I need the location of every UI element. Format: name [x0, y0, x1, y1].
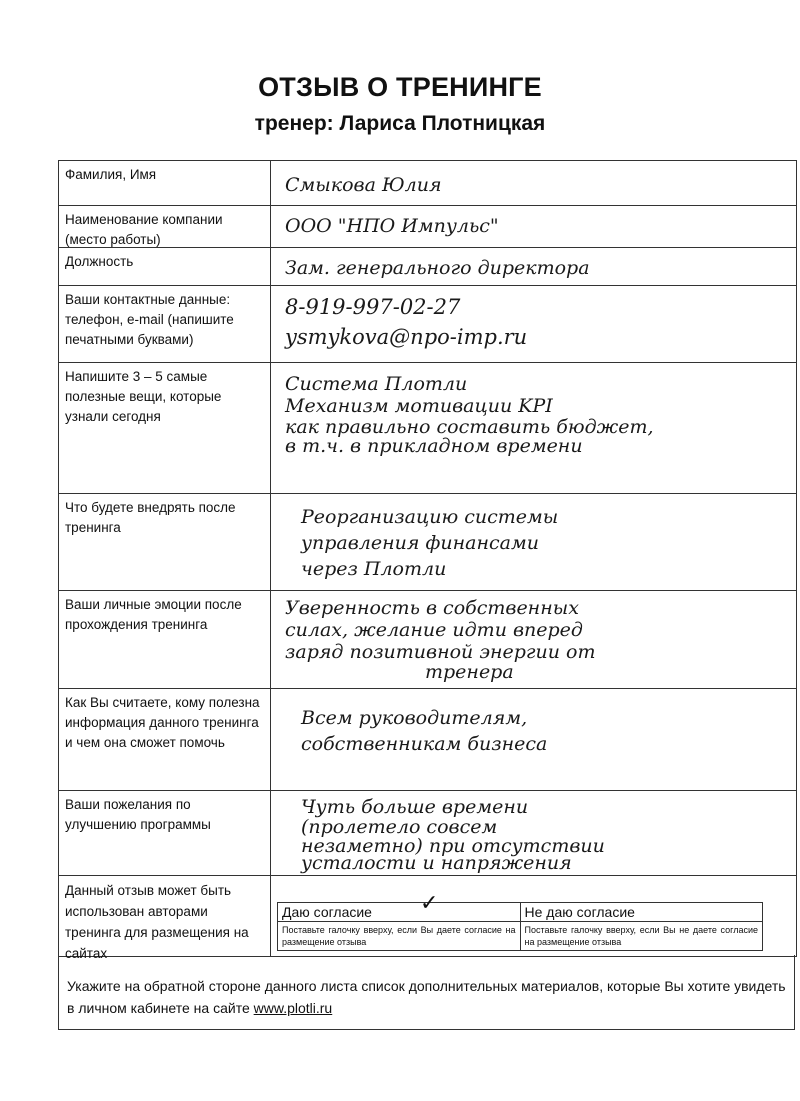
- label-company: Наименование компании (место работы): [59, 206, 271, 247]
- row-implement: Что будете внедрять после тренинга Реорг…: [59, 494, 796, 591]
- footer-note: Укажите на обратной стороне данного лист…: [58, 955, 795, 1030]
- answer-suggestions[interactable]: Чуть больше времени (пролетело совсем не…: [271, 791, 796, 875]
- consent-disagree-cell[interactable]: Не даю согласие Поставьте галочку вверху…: [520, 903, 763, 950]
- answer-position[interactable]: Зам. генерального директора: [271, 248, 796, 285]
- handwritten-line: усталости и напряжения: [301, 855, 782, 871]
- consent-table: Даю согласие ✓ Поставьте галочку вверху,…: [277, 902, 763, 951]
- handwritten-line: Реорганизацию системы: [301, 504, 782, 530]
- label-emotions: Ваши личные эмоции после прохождения тре…: [59, 591, 271, 688]
- handwritten-line: Уверенность в собственных: [285, 597, 782, 619]
- label-who-benefits: Как Вы считаете, кому полезна информация…: [59, 689, 271, 790]
- consent-disagree-title: Не даю согласие: [525, 904, 635, 920]
- handwritten-line: через Плотли: [301, 556, 782, 582]
- consent-agree-note: Поставьте галочку вверху, если Вы даете …: [278, 922, 520, 950]
- handwritten-email: ysmykova@npo-imp.ru: [285, 322, 782, 352]
- answer-useful-things[interactable]: Система Плотли Механизм мотивации KPI ка…: [271, 363, 796, 493]
- row-position: Должность Зам. генерального директора: [59, 248, 796, 286]
- label-position: Должность: [59, 248, 271, 285]
- checkmark-icon: ✓: [420, 893, 438, 915]
- row-company: Наименование компании (место работы) ООО…: [59, 206, 796, 248]
- handwritten-line: Механизм мотивации KPI: [285, 395, 782, 417]
- row-suggestions: Ваши пожелания по улучшению программы Чу…: [59, 791, 796, 876]
- footer-text: Укажите на обратной стороне данного лист…: [67, 978, 786, 1016]
- answer-who-benefits[interactable]: Всем руководителям, собственникам бизнес…: [271, 689, 796, 790]
- answer-implement[interactable]: Реорганизацию системы управления финанса…: [271, 494, 796, 590]
- consent-agree-title: Даю согласие: [282, 904, 372, 920]
- label-useful-things: Напишите 3 – 5 самые полезные вещи, кото…: [59, 363, 271, 493]
- handwritten-line: Всем руководителям,: [301, 705, 782, 731]
- row-useful-things: Напишите 3 – 5 самые полезные вещи, кото…: [59, 363, 796, 494]
- answer-name[interactable]: Смыкова Юлия: [271, 161, 796, 205]
- answer-contacts[interactable]: 8-919-997-02-27 ysmykova@npo-imp.ru: [271, 286, 796, 362]
- consent-agree-cell[interactable]: Даю согласие ✓ Поставьте галочку вверху,…: [278, 903, 520, 950]
- handwritten-line: заряд позитивной энергии от: [285, 641, 782, 663]
- handwritten-line: силах, желание идти вперед: [285, 619, 782, 641]
- label-consent: Данный отзыв может быть использован авто…: [59, 876, 271, 956]
- handwritten-line: Система Плотли: [285, 373, 782, 395]
- feedback-form-table: Фамилия, Имя Смыкова Юлия Наименование к…: [58, 160, 797, 957]
- handwritten-phone: 8-919-997-02-27: [285, 292, 782, 322]
- form-title: ОТЗЫВ О ТРЕНИНГЕ: [0, 72, 800, 103]
- label-suggestions: Ваши пожелания по улучшению программы: [59, 791, 271, 875]
- handwritten-line: тренера: [285, 663, 782, 681]
- handwritten-line: Смыкова Юлия: [285, 173, 782, 197]
- label-implement: Что будете внедрять после тренинга: [59, 494, 271, 590]
- website-link[interactable]: www.plotli.ru: [254, 1000, 333, 1016]
- handwritten-line: собственникам бизнеса: [301, 731, 782, 757]
- handwritten-line: Зам. генерального директора: [285, 256, 782, 280]
- consent-disagree-note: Поставьте галочку вверху, если Вы не дае…: [521, 922, 763, 950]
- handwritten-line: в т.ч. в прикладном времени: [285, 437, 782, 455]
- handwritten-line: ООО "НПО Импульс": [285, 214, 782, 238]
- handwritten-line: (пролетело совсем: [301, 817, 782, 837]
- row-who-benefits: Как Вы считаете, кому полезна информация…: [59, 689, 796, 791]
- consent-agree-header[interactable]: Даю согласие ✓: [278, 903, 520, 922]
- trainer-subtitle: тренер: Лариса Плотницкая: [0, 112, 800, 136]
- row-emotions: Ваши личные эмоции после прохождения тре…: [59, 591, 796, 689]
- row-name: Фамилия, Имя Смыкова Юлия: [59, 161, 796, 206]
- answer-emotions[interactable]: Уверенность в собственных силах, желание…: [271, 591, 796, 688]
- row-contacts: Ваши контактные данные: телефон, e-mail …: [59, 286, 796, 363]
- handwritten-line: управления финансами: [301, 530, 782, 556]
- row-consent: Данный отзыв может быть использован авто…: [59, 876, 796, 956]
- label-contacts: Ваши контактные данные: телефон, e-mail …: [59, 286, 271, 362]
- handwritten-line: Чуть больше времени: [301, 797, 782, 817]
- label-name: Фамилия, Имя: [59, 161, 271, 205]
- consent-disagree-header[interactable]: Не даю согласие: [521, 903, 763, 922]
- answer-company[interactable]: ООО "НПО Импульс": [271, 206, 796, 247]
- handwritten-line: как правильно составить бюджет,: [285, 417, 782, 437]
